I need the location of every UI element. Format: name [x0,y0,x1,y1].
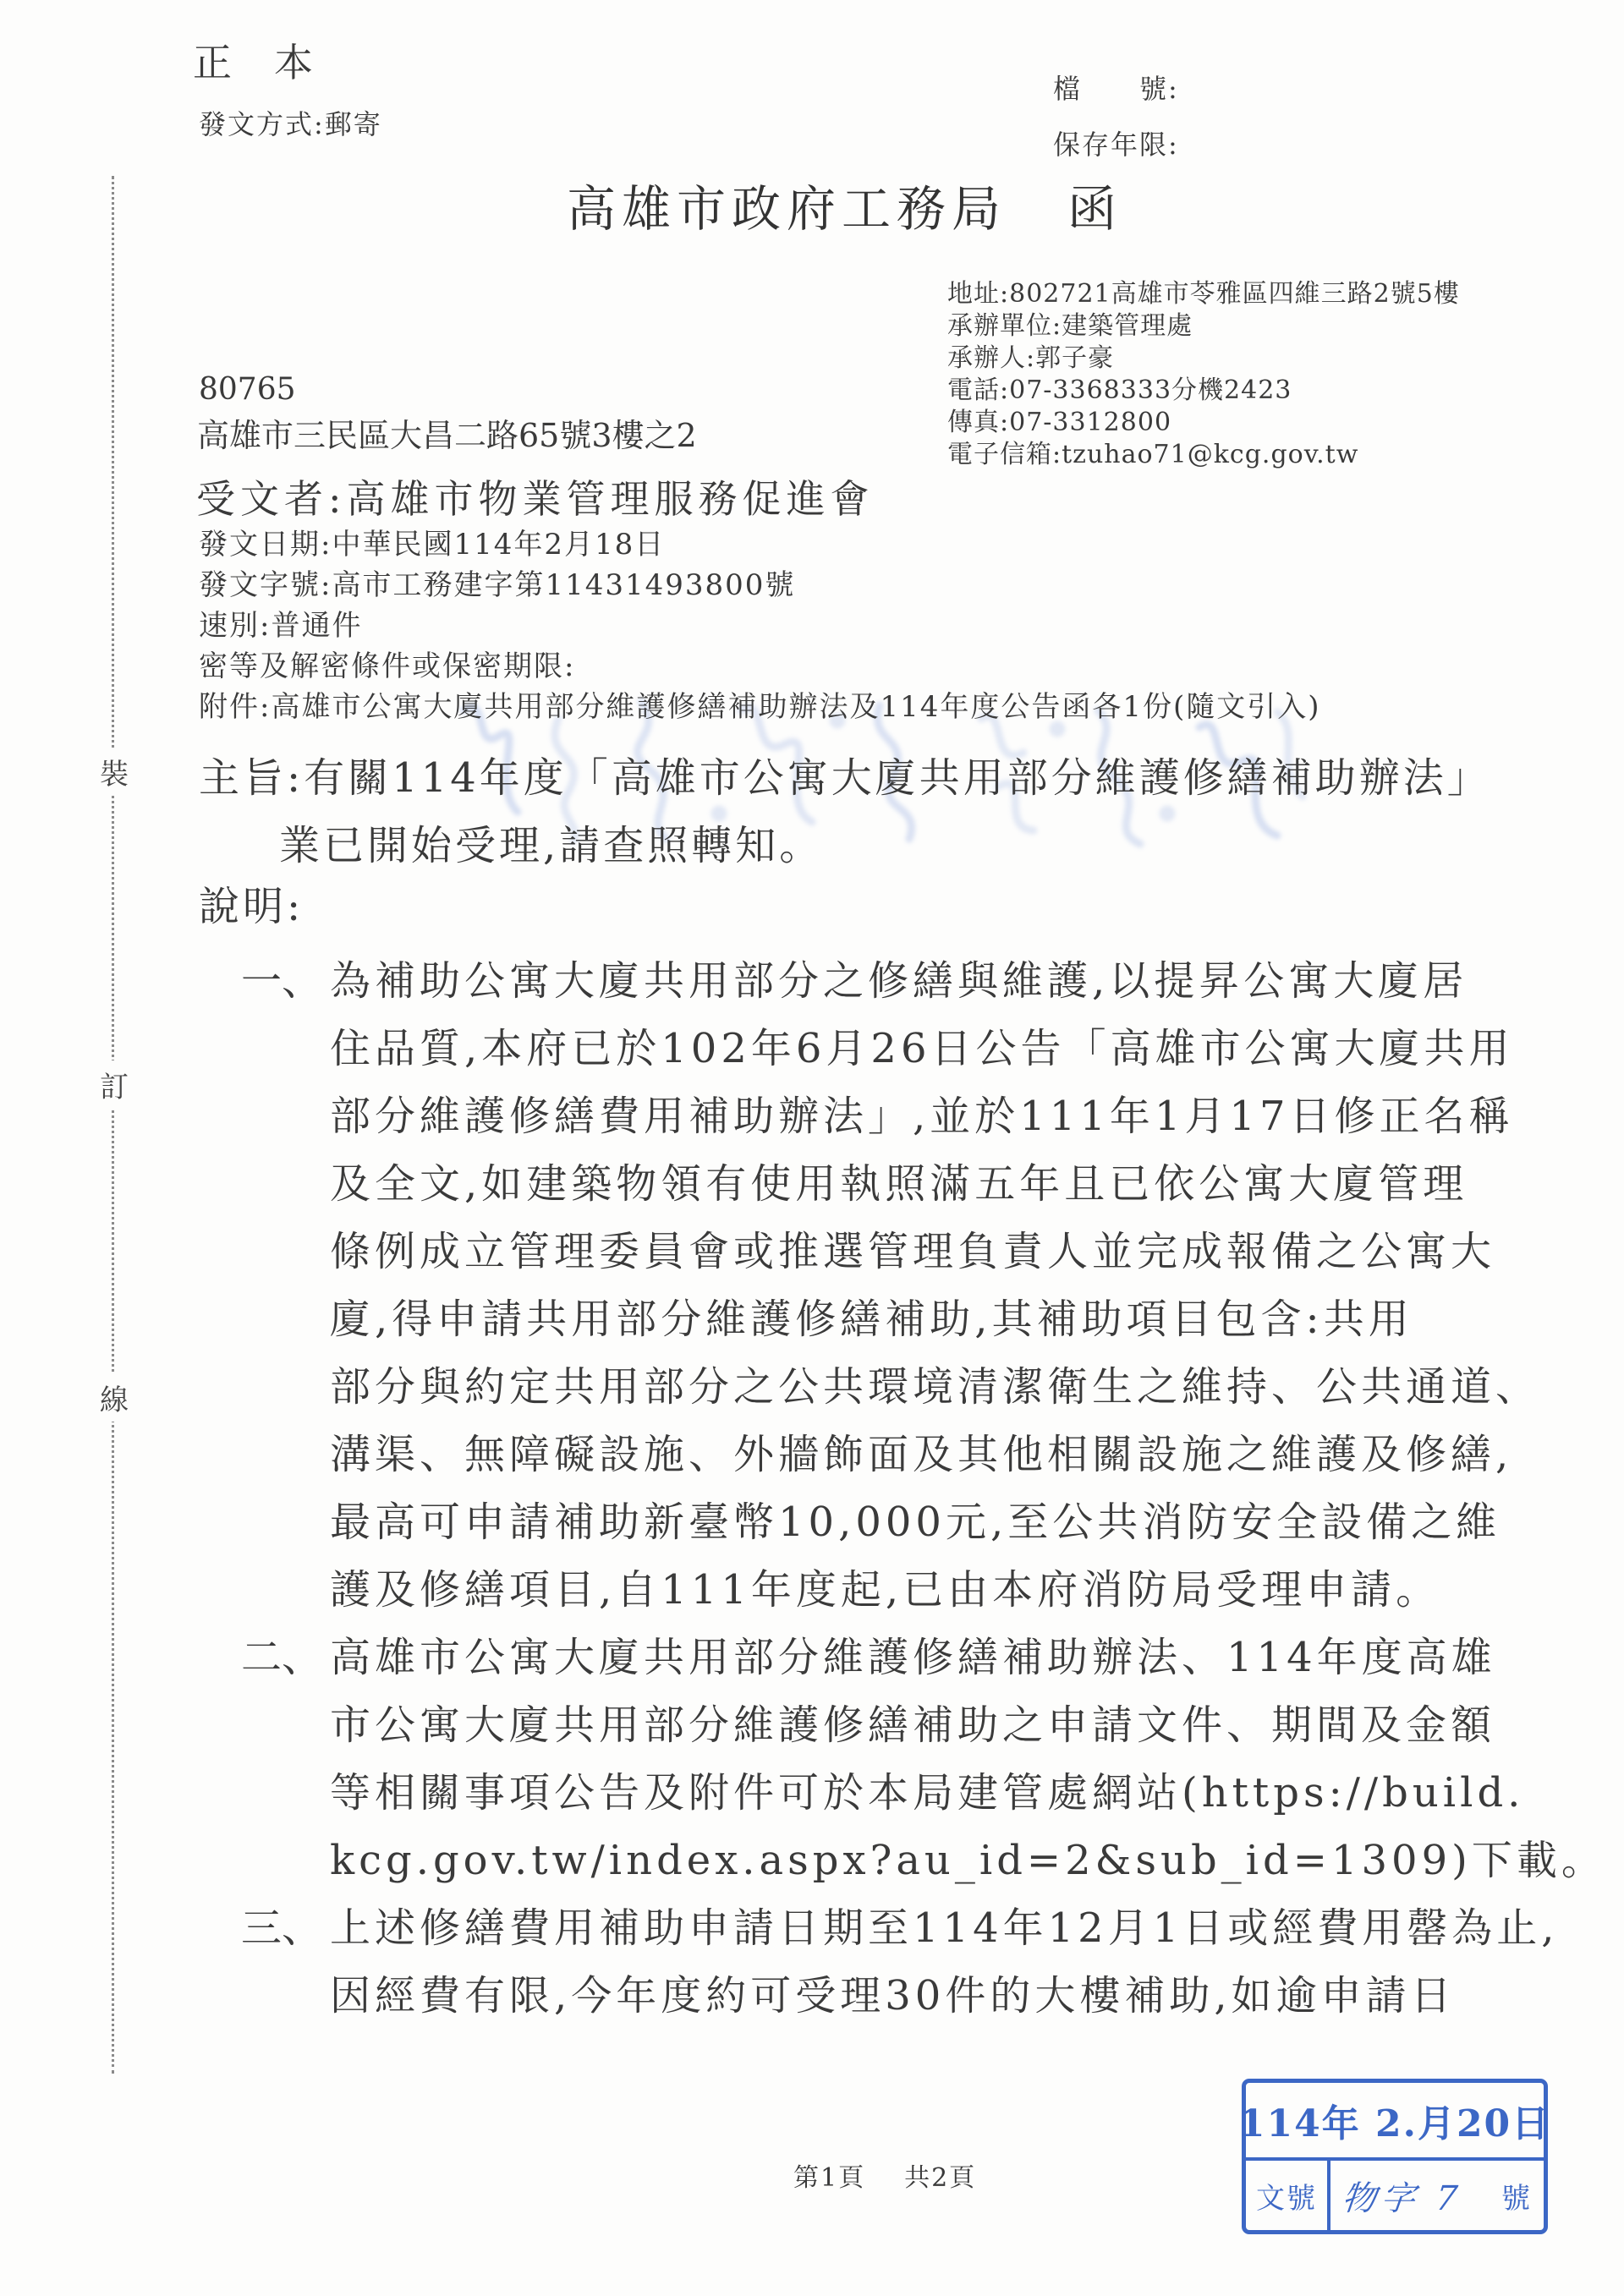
body-text: 上述修繕費用補助申請日期至114年12月1日或經費用罄為止, [330,1904,1559,1952]
item-marker: 三、 [241,1894,330,1962]
body-line: kcg.gov.tw/index.aspx?au_id=2&sub_id=130… [330,1827,1606,1894]
body-line: 住品質,本府已於102年6月26日公告「高雄市公寓大廈共用 [330,1015,1540,1082]
body-line: 等相關事項公告及附件可於本局建管處網站(https://build. [330,1759,1606,1827]
body-line: 一、為補助公寓大廈共用部分之修繕與維護,以提昇公寓大廈居 [241,947,1540,1015]
stamp-date: 114年 2.月20日 [1246,2083,1544,2161]
body-text: 為補助公寓大廈共用部分之修繕與維護,以提昇公寓大廈居 [330,957,1468,1005]
stamp-docno-unit: 號 [1501,2175,1530,2217]
sender-person: 承辦人:郭子豪 [947,342,1460,375]
attachment-note: 附件:高雄市公寓大廈共用部分維護修繕補助辦法及114年度公告函各1份(隨文引入) [199,687,1321,727]
body-line: 二、高雄市公寓大廈共用部分維護修繕補助辦法、114年度高雄 [241,1624,1606,1691]
body-line: 部分與約定共用部分之公共環境清潔衛生之維持、公共通道、 [330,1353,1540,1421]
issue-date: 發文日期:中華民國114年2月18日 [199,524,1321,565]
recipient-name-line: 受文者:高雄市物業管理服務促進會 [196,469,875,524]
sender-fax: 傳真:07-3312800 [947,407,1460,439]
binding-mark-ding: 訂 [95,1060,134,1109]
page-number: 第1頁 [793,2156,865,2194]
body-line: 及全文,如建築物領有使用執照滿五年且已依公寓大廈管理 [330,1150,1540,1218]
explanation-heading: 說明: [199,873,304,940]
body-line: 三、上述修繕費用補助申請日期至114年12月1日或經費用罄為止, [241,1894,1559,1962]
body-line: 護及修繕項目,自111年度起,已由本府消防局受理申請。 [330,1556,1540,1624]
body-line: 因經費有限,今年度約可受理30件的大樓補助,如逾申請日 [330,1962,1559,2030]
sender-phone: 電話:07-3368333分機2423 [947,375,1460,407]
binding-dotted-line [112,176,114,2074]
received-date-stamp: 114年 2.月20日 文號 物字 7 號 [1242,2079,1548,2234]
stamp-docno-label: 文號 [1246,2161,1330,2230]
body-line: 最高可申請補助新臺幣10,000元,至公共消防安全設備之維 [330,1488,1540,1556]
file-number-label: 檔 號: [1053,68,1179,107]
issuing-agency-name: 高雄市政府工務局 [567,169,1007,240]
body-line: 廈,得申請共用部分維護修繕補助,其補助項目包含:共用 [330,1285,1540,1353]
explanation-item-2: 二、高雄市公寓大廈共用部分維護修繕補助辦法、114年度高雄 市公寓大廈共用部分維… [241,1624,1606,1894]
document-title: 高雄市政府工務局 函 [567,169,1122,240]
item-marker: 一、 [241,947,330,1015]
document-type: 函 [1067,169,1122,240]
body-text: 高雄市公寓大廈共用部分維護修繕補助辦法、114年度高雄 [330,1634,1496,1681]
stamp-docno-cell: 物字 7 號 [1330,2161,1544,2230]
recipient-zip: 80765 [199,372,296,407]
official-letter-page: 裝 訂 線 正 本 發文方式:郵寄 檔 號: 保存年限: 高雄市政府工務局 函 … [0,0,1624,2296]
binding-mark-zhuang: 裝 [95,748,134,796]
binding-mark-xian: 線 [95,1373,134,1422]
body-line: 溝渠、無障礙設施、外牆飾面及其他相關設施之維護及修繕, [330,1421,1540,1488]
speed-class: 速別:普通件 [199,606,1321,646]
page-footer: 第1頁 共2頁 [793,2156,976,2194]
explanation-item-1: 一、為補助公寓大廈共用部分之修繕與維護,以提昇公寓大廈居 住品質,本府已於102… [241,947,1540,1624]
subject-line-2: 業已開始受理,請查照轉知。 [279,812,1491,879]
sender-unit: 承辦單位:建築管理處 [947,310,1460,342]
sender-email: 電子信箱:tzuhao71@kcg.gov.tw [947,439,1460,471]
stamp-bottom-row: 文號 物字 7 號 [1246,2161,1544,2230]
security-class: 密等及解密條件或保密期限: [199,646,1321,687]
sender-contact-block: 地址:802721高雄市苓雅區四維三路2號5樓 承辦單位:建築管理處 承辦人:郭… [947,278,1460,471]
delivery-method-label: 發文方式:郵寄 [199,103,382,142]
stamp-docno-value: 物字 7 [1340,2172,1465,2220]
page-total: 共2頁 [904,2156,976,2194]
recipient-address: 高雄市三民區大昌二路65號3樓之2 [197,409,697,456]
explanation-item-3: 三、上述修繕費用補助申請日期至114年12月1日或經費用罄為止, 因經費有限,今… [241,1894,1559,2030]
subject-block: 主旨:有關114年度「高雄市公寓大廈共用部分維護修繕補助辦法」 業已開始受理,請… [199,744,1491,879]
subject-line-1: 主旨:有關114年度「高雄市公寓大廈共用部分維護修繕補助辦法」 [199,744,1491,812]
item-marker: 二、 [241,1624,330,1691]
retention-period-label: 保存年限: [1053,123,1179,162]
issue-number: 發文字號:高市工務建字第11431493800號 [199,565,1321,606]
body-line: 市公寓大廈共用部分維護修繕補助之申請文件、期間及金額 [330,1691,1606,1759]
copy-type-label: 正 本 [193,32,315,88]
sender-address: 地址:802721高雄市苓雅區四維三路2號5樓 [947,278,1460,310]
body-line: 部分維護修繕費用補助辦法」,並於111年1月17日修正名稱 [330,1082,1540,1150]
body-line: 條例成立管理委員會或推選管理負責人並完成報備之公寓大 [330,1218,1540,1285]
document-meta-block: 發文日期:中華民國114年2月18日 發文字號:高市工務建字第114314938… [199,524,1321,727]
